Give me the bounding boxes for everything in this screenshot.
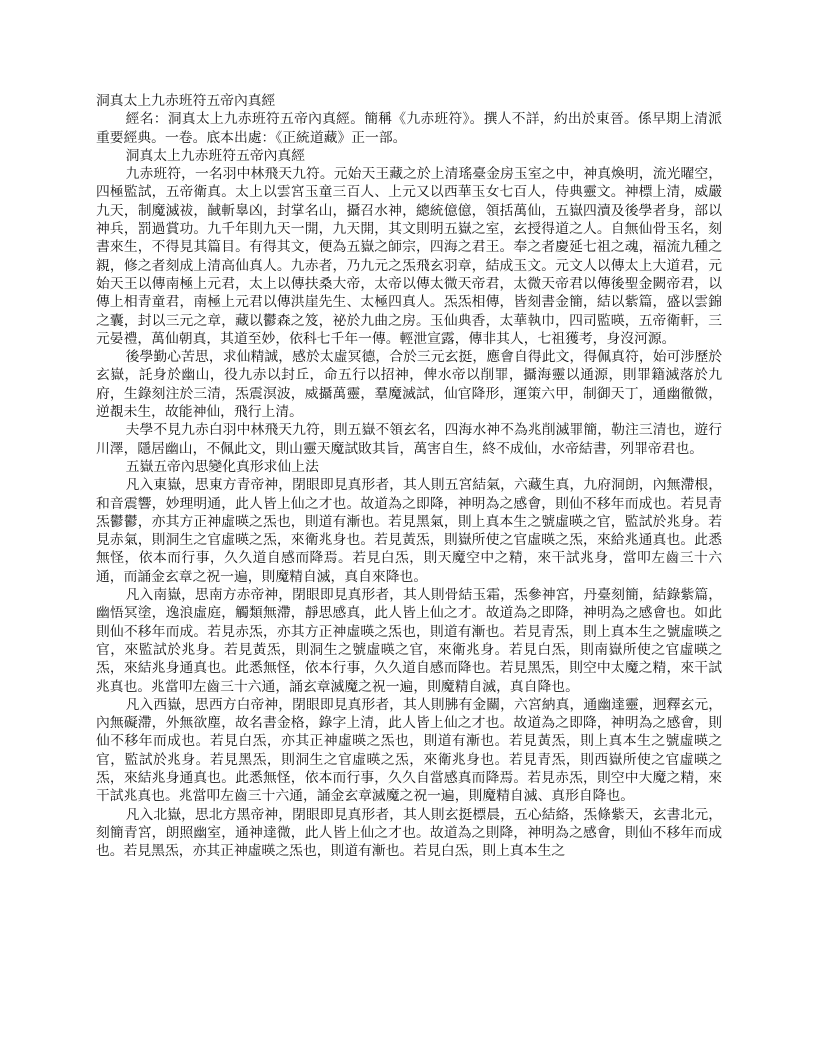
paragraph-south-mountain: 凡入南嶽，思南方赤帝神，閉眼即見真形者，其人則骨結玉霜，炁參神宮，丹臺刻簡，結錄… (96, 586, 722, 696)
paragraph-colophon: 經名：洞真太上九赤班符五帝內真經。簡稱《九赤班符》。撰人不詳，約出於東晉。係早期… (96, 110, 722, 147)
document-page: 洞真太上九赤班符五帝內真經 經名：洞真太上九赤班符五帝內真經。簡稱《九赤班符》。… (0, 0, 816, 1056)
section-heading: 五嶽五帝內思變化真形求仙上法 (96, 458, 722, 476)
paragraph-west-mountain: 凡入西嶽，思西方白帝神，閉眼即見真形者，其人則胇有金關，六宮納真，通幽達靈，迥釋… (96, 696, 722, 806)
paragraph-body-3: 夫學不見九赤白羽中林飛天九符，則五嶽不領玄名，四海水神不為兆削滅罪簡，勒注三清也… (96, 421, 722, 458)
paragraph-body-2: 後學勤心苦思，求仙精誠，感於太虛冥德，合於三元玄挺，應會自得此文，得佩真符，始可… (96, 348, 722, 421)
paragraph-north-mountain: 凡入北嶽，思北方黑帝神，閉眼即見真形者，其人則玄挺標晨，五心結絡，炁條紫天，玄書… (96, 806, 722, 861)
document-title: 洞真太上九赤班符五帝內真經 (96, 92, 722, 110)
paragraph-east-mountain: 凡入東嶽，思東方青帝神，閉眼即見真形者，其人則五宮結氣，六藏生真，九府洞朗，內無… (96, 476, 722, 586)
document-inner-title: 洞真太上九赤班符五帝內真經 (96, 147, 722, 165)
paragraph-body-1: 九赤班符，一名羽中林飛天九符。元始天王藏之於上清瑤臺金房玉室之中，神真煥明，流光… (96, 165, 722, 348)
